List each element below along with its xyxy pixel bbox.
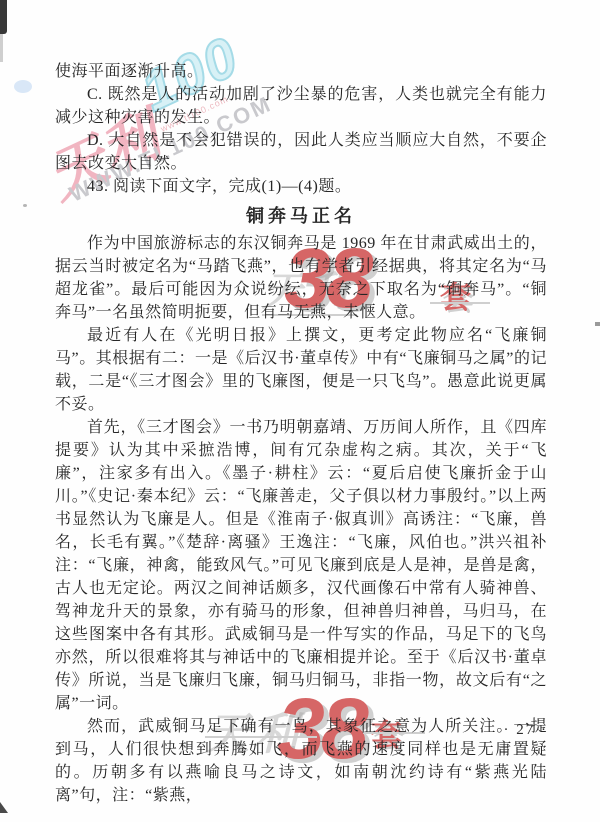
page-number: · 27 ·: [504, 722, 549, 739]
question-43-prompt: 43. 阅读下面文字，完成(1)—(4)题。: [55, 175, 547, 198]
scan-artifact-top-left: [0, 0, 7, 34]
scan-artifact-right-edge: [595, 322, 600, 326]
passage-paragraph: 然而，武威铜马足下确有一鸟，其象征之意为人所关注。一提到马，人们很快想到奔腾如飞…: [55, 715, 547, 807]
text-column: 使海平面逐渐升高。 C. 既然是人的活动加剧了沙尘暴的危害，人类也就完全有能力减…: [55, 60, 547, 807]
answer-option-c: C. 既然是人的活动加剧了沙尘暴的危害，人类也就完全有能力减少这种灾害的发生。: [55, 83, 547, 129]
passage-paragraph: 首先，《三才图会》一书乃明朝嘉靖、万历间人所作，且《四库提要》认为其中采摭浩博，…: [55, 416, 547, 715]
carryover-line: 使海平面逐渐升高。: [55, 60, 547, 83]
scan-smudge: [14, 80, 32, 93]
scan-artifact-top-left-streak: [0, 34, 3, 62]
scanned-exam-page: 天利 100 www.tl100.com WWW.TL100.COM 天利 38…: [0, 0, 600, 822]
passage-title: 铜奔马正名: [55, 203, 547, 229]
scan-artifact-bottom-left: [0, 802, 8, 813]
scan-speck: [23, 204, 27, 207]
passage-paragraph: 最近有人在《光明日报》上撰文，更考定此物应名“飞廉铜马”。其根据有二：一是《后汉…: [55, 324, 547, 416]
answer-option-d: D. 大自然是不会犯错误的，因此人类应当顺应大自然，不要企图去改变大自然。: [55, 129, 547, 175]
passage-paragraph: 作为中国旅游标志的东汉铜奔马是 1969 年在甘肃武威出土的，据云当时被定名为“…: [55, 232, 547, 324]
